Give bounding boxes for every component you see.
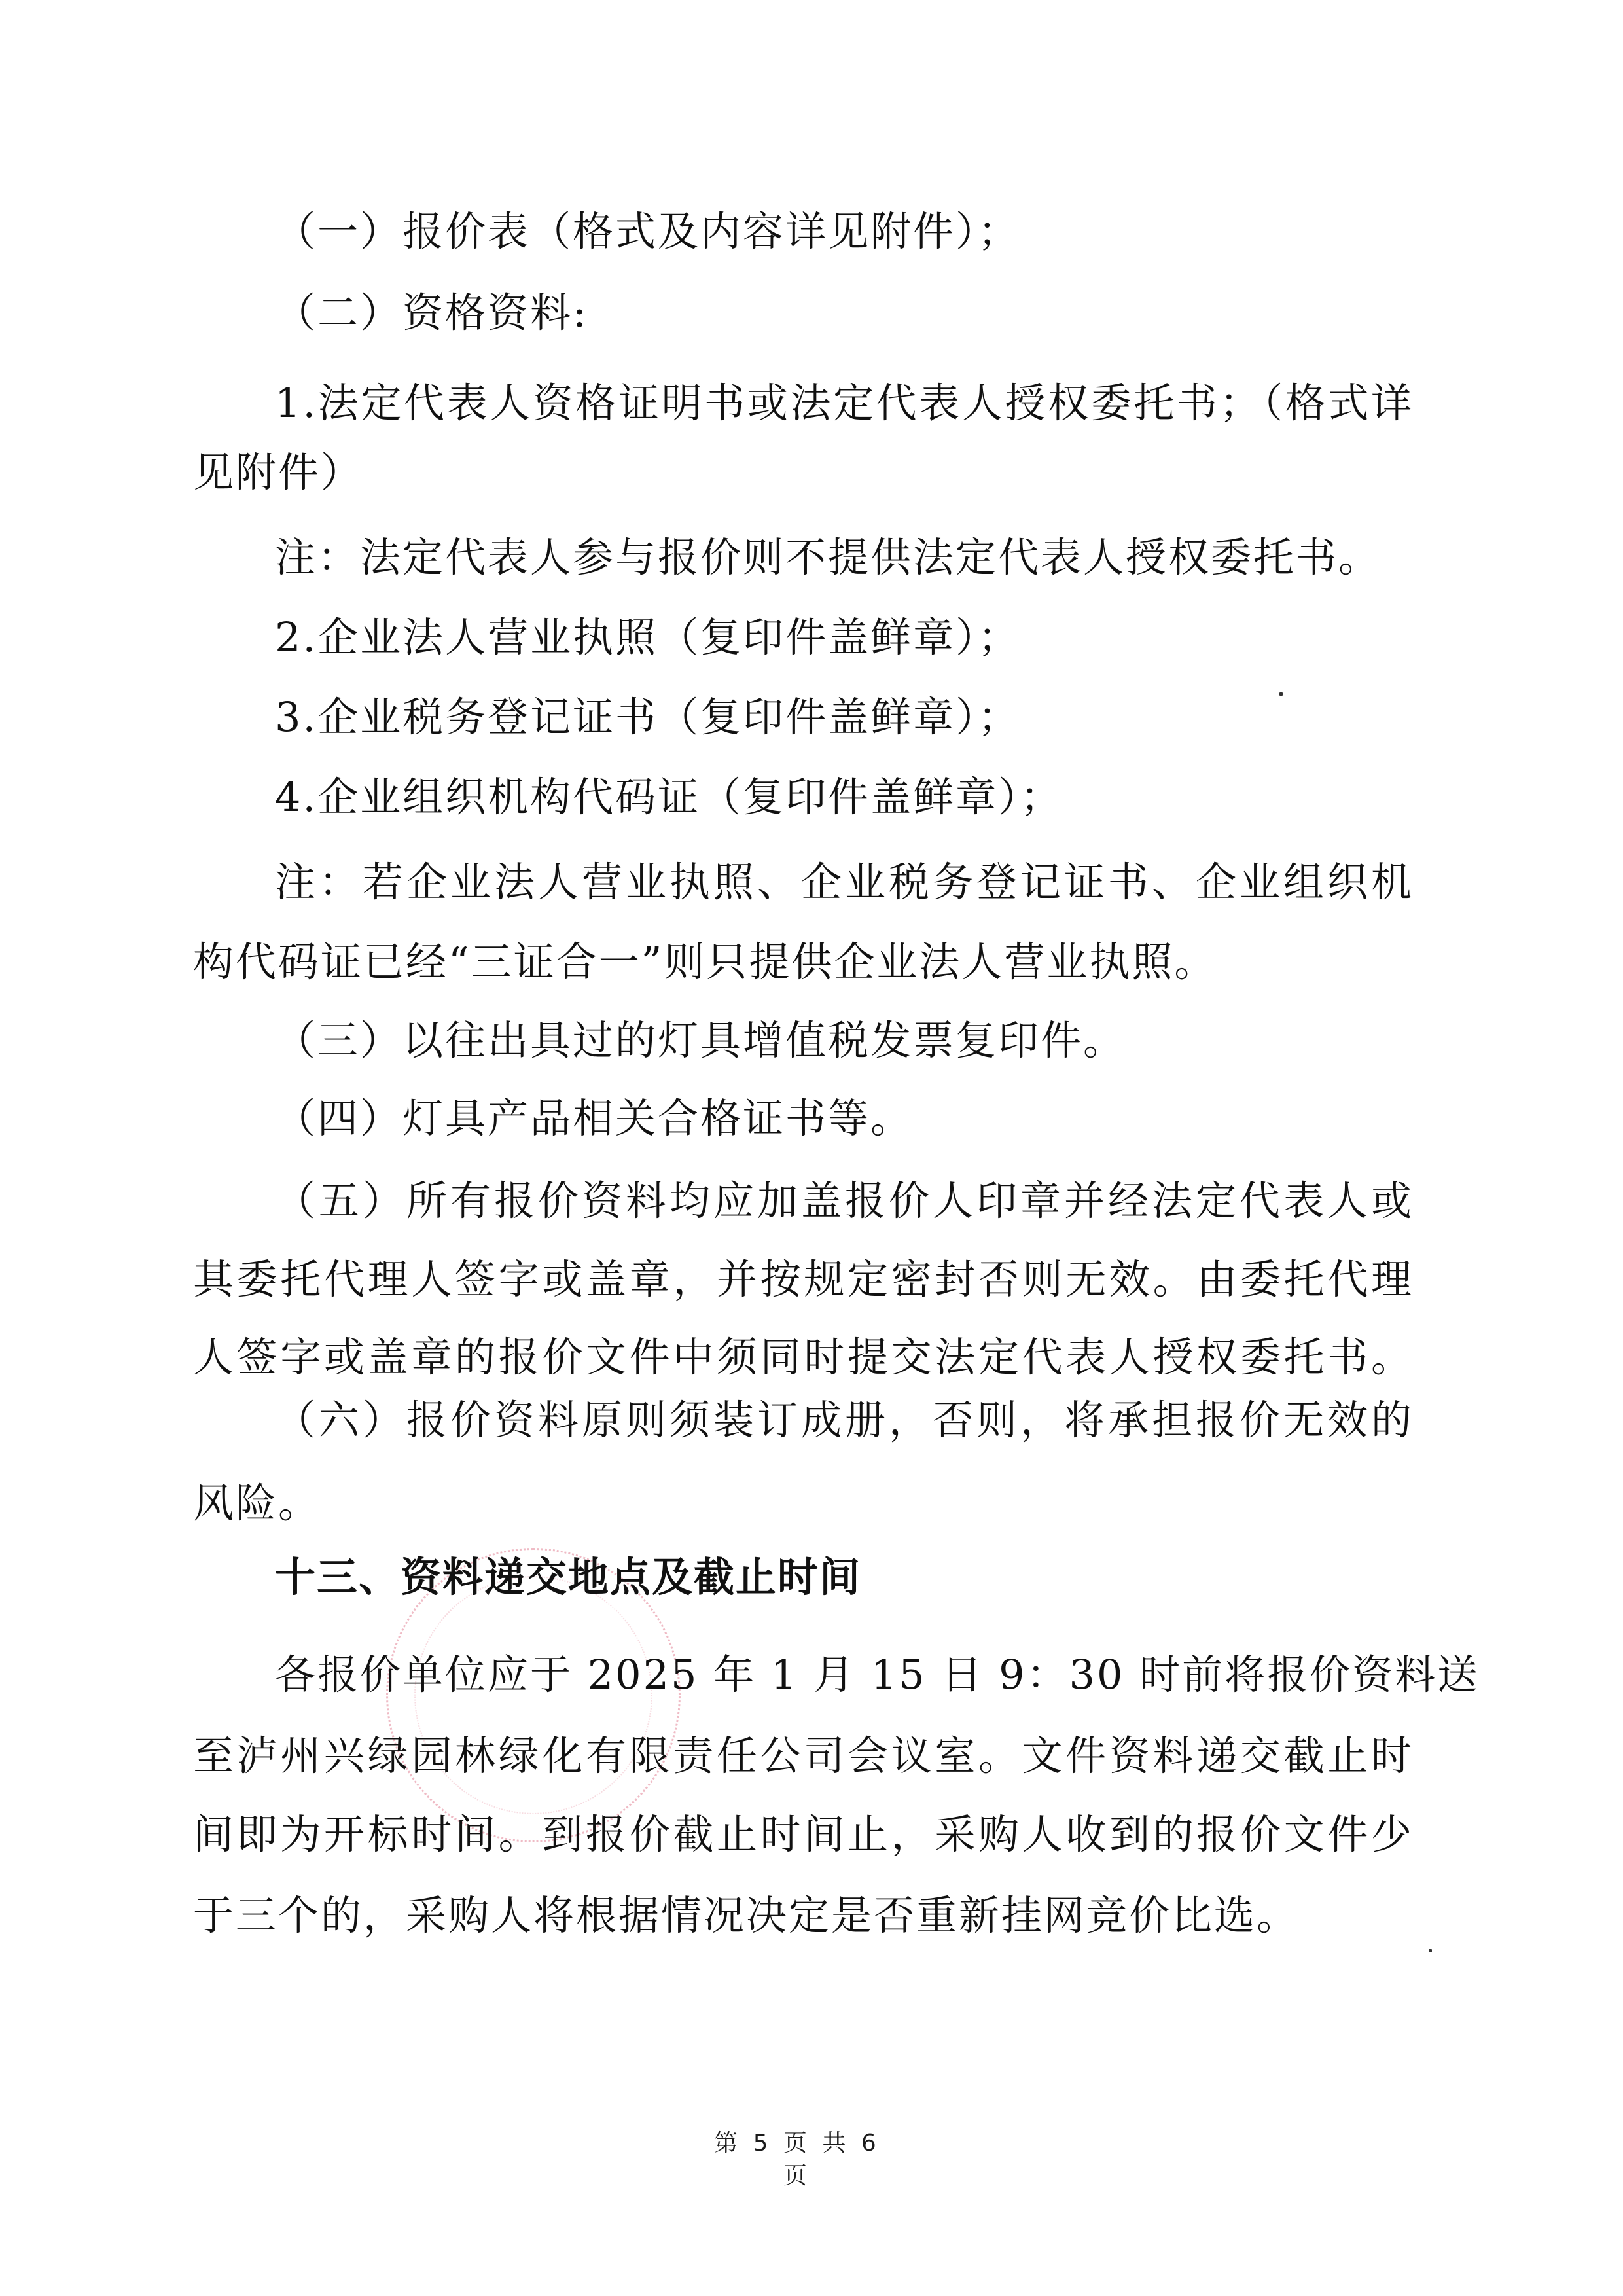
item-3-vat-invoice: （三）以往出具过的灯具增值税发票复印件。 [275, 1011, 1414, 1070]
sub-item-1-continuation: 见附件） [193, 443, 1414, 502]
deadline-paragraph-line-2: 至泸州兴绿园林绿化有限责任公司会议室。文件资料递交截止时 [193, 1727, 1414, 1785]
section-heading: 十三、资料递交地点及截止时间 [275, 1548, 1414, 1607]
item-6-binding: （六）报价资料原则须装订成册，否则，将承担报价无效的 [275, 1391, 1414, 1450]
note-legal-rep: 注：法定代表人参与报价则不提供法定代表人授权委托书。 [275, 528, 1414, 587]
deadline-paragraph-line-4: 于三个的，采购人将根据情况决定是否重新挂网竞价比选。 [193, 1886, 1414, 1945]
sub-item-4-organization-code: 4.企业组织机构代码证（复印件盖鲜章）； [275, 768, 1414, 827]
sub-item-2-business-license: 2.企业法人营业执照（复印件盖鲜章）； [275, 608, 1414, 667]
item-5-continuation-2: 人签字或盖章的报价文件中须同时提交法定代表人授权委托书。 [193, 1328, 1414, 1387]
deadline-paragraph-line-3: 间即为开标时间。到报价截止时间止，采购人收到的报价文件少 [193, 1805, 1414, 1864]
scan-speck [1429, 1949, 1432, 1952]
item-5-continuation-1: 其委托代理人签字或盖章，并按规定密封否则无效。由委托代理 [193, 1250, 1414, 1309]
item-4-certificates: （四）灯具产品相关合格证书等。 [275, 1089, 1414, 1148]
item-1-quote-form: （一）报价表（格式及内容详见附件）； [275, 202, 1414, 261]
note-three-in-one-continuation: 构代码证已经“三证合一”则只提供企业法人营业执照。 [193, 933, 1414, 992]
note-three-in-one: 注：若企业法人营业执照、企业税务登记证书、企业组织机 [275, 853, 1414, 912]
sub-item-1-legal-rep-certificate: 1.法定代表人资格证明书或法定代表人授权委托书；（格式详 [275, 374, 1414, 433]
scan-speck [1279, 692, 1283, 696]
item-6-continuation: 风险。 [193, 1474, 1414, 1533]
item-5-seal-signature: （五）所有报价资料均应加盖报价人印章并经法定代表人或 [275, 1172, 1414, 1230]
item-2-qualification-materials: （二）资格资料: [275, 283, 1414, 342]
sub-item-3-tax-registration: 3.企业税务登记证书（复印件盖鲜章）； [275, 688, 1414, 747]
page-number-footer: 第 5 页 共 6 页 [705, 2127, 889, 2160]
deadline-paragraph-line-1: 各报价单位应于 2025 年 1 月 15 日 9：30 时前将报价资料送 [275, 1645, 1414, 1704]
document-page: （一）报价表（格式及内容详见附件）； （二）资格资料: 1.法定代表人资格证明书… [0, 0, 1623, 2296]
